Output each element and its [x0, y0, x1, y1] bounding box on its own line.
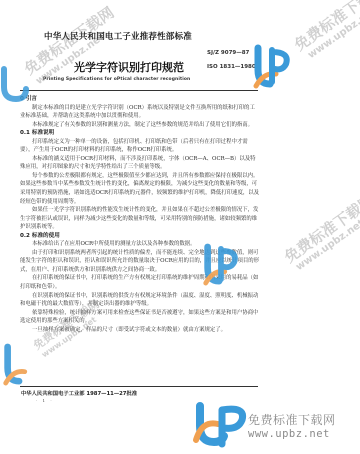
up-logo-icon — [250, 42, 292, 92]
watermark-brand-text: 免费标准下载网 — [290, 0, 360, 55]
paragraph: 每个参数的公差极限都有规定，这些极限值至少都应达到，并且所有参数都应保持在极限以… — [20, 172, 260, 206]
paragraph: 本标准的涵义适用于OCR打印材料，而不涉及打印系统，字体（OCR—A、OCR—B… — [20, 155, 260, 172]
header-divider — [20, 90, 258, 91]
document-body: 0 引言 制定本标准的目的是建立光学字符识别（OCR）系统以及特别是文件互换所用… — [20, 95, 260, 334]
paragraph: 如果任一光学字符识别系统的性能发生统计性的变化，并且如果在不超过公差极限的情况下… — [20, 206, 260, 232]
footer-divider — [20, 386, 258, 387]
paragraph: 打印系统定义为一种单一的设备，包括打印机、打印纸和色带（后者只有在打印过程中才需… — [20, 138, 260, 155]
standard-code: SJ/Z 9079—87 — [207, 50, 249, 56]
approval-note: 中华人民共和国电子工业部 1987—11—27批准 — [21, 389, 137, 397]
document-title: 光学字符识别打印规范 — [74, 59, 184, 75]
watermark-brand-text: 免费标准下载网 — [280, 190, 360, 267]
issuing-organization: 中华人民共和国电工子业推荐性部标准 — [44, 30, 192, 42]
section-heading-0-1: 0.1 标准说明 — [20, 129, 260, 138]
brand-name: 免费标准下载网 — [248, 411, 336, 428]
paragraph: 本标准给出了在应用OCR中所使用的测量方法以及各种参数的数据。 — [20, 240, 260, 249]
paragraph: 制定本标准的目的是建立光学字符识别（OCR）系统以及特别是文件互换所用的纸和打印… — [20, 104, 260, 121]
paragraph: 在识别系统的保证书中，识别系统的供货方有权规定环境条件（温度、湿度、照明度、机械… — [20, 292, 260, 309]
watermark-top-left: 免费标准下载网 www.upbz.net — [0, 0, 120, 110]
paragraph: 一旦抽样方案被确定，样品的尺寸（即受试字符或文本的数量）就由方案规定了。 — [20, 326, 260, 335]
up-logo-icon — [0, 340, 40, 390]
paragraph: 依靠特殊检验，统计抽样方案可用来检查这些保证书是否被遵守，如果这些方案是和用户协… — [20, 309, 260, 326]
section-heading-0-2: 0.2 标准的使用 — [20, 232, 260, 241]
page-number: · 1 · — [36, 398, 54, 403]
watermark-url-text: www.upbz.net — [294, 218, 360, 273]
watermark-mid-right: 免费标准下载网 www.upbz.net — [250, 200, 360, 300]
watermark-url-text: www.upbz.net — [306, 6, 360, 61]
section-heading-0: 0 引言 — [20, 95, 260, 104]
document-title-english: Printing Specifications for oPtical char… — [43, 77, 190, 82]
iso-reference: ISO 1831—1980 — [207, 64, 256, 70]
watermark-top-right: 免费标准下载网 www.upbz.net — [250, 0, 360, 100]
brand-url: www.upbz.net — [248, 428, 330, 440]
paragraph: 本标准规定了有关参数的识别和测量方法，制定了这些参数的规范并给出了使用它们的指南… — [20, 121, 260, 130]
paragraph: 在打印系统的保证书中，打印系统的生产方有权规定打印系统的维护周期和所采用的易耗品… — [20, 274, 260, 291]
paragraph: 由于打印和识别系统两者所引起的统计性质的偏差，而不能连续、完全地达到这些参数值，… — [20, 249, 260, 275]
document-page: 中华人民共和国电工子业推荐性部标准 SJ/Z 9079—87 ISO 1831—… — [0, 0, 360, 454]
up-brand-logo-icon — [192, 400, 248, 450]
